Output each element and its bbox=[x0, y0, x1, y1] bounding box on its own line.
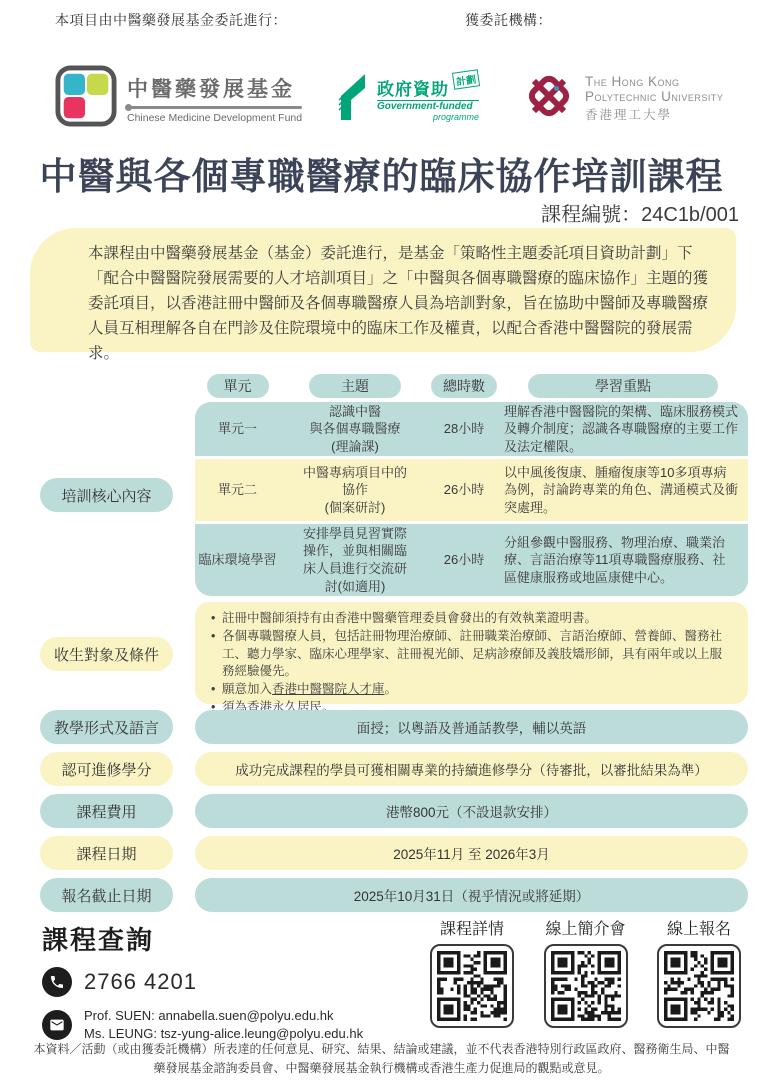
info-row-teaching-mode: 教學形式及語言 面授；以粵語及普通話教學，輔以英語 bbox=[0, 710, 763, 744]
admission-criteria-box: 註冊中醫師須持有由香港中醫藥管理委員會發出的有效執業證明書。 各個專職醫療人員，… bbox=[195, 602, 748, 704]
course-code: 課程編號：24C1b/001 bbox=[541, 198, 739, 227]
info-row-course-dates: 課程日期 2025年11月 至 2026年3月 bbox=[0, 836, 763, 870]
cmdf-logo: 中醫藥發展基金 Chinese Medicine Development Fun… bbox=[55, 65, 325, 132]
talent-pool-link[interactable]: 香港中醫醫院人才庫 bbox=[272, 682, 385, 696]
gov-logo-en-sub: programme bbox=[377, 112, 479, 122]
gov-logo-en: Government-funded bbox=[377, 100, 479, 112]
info-value: 2025年11月 至 2026年3月 bbox=[195, 836, 748, 870]
info-label: 報名截止日期 bbox=[40, 878, 173, 912]
cell-unit: 單元一 bbox=[195, 402, 280, 456]
info-row-course-fee: 課程費用 港幣800元（不設退款安排） bbox=[0, 794, 763, 828]
enquiry-title: 課程查詢 bbox=[42, 920, 422, 957]
qr-online-registration: 線上報名 bbox=[647, 916, 751, 1028]
page-title: 中醫與各個專職醫療的臨床協作培訓課程 bbox=[0, 146, 763, 200]
cell-unit: 臨床環境學習 bbox=[195, 524, 280, 596]
column-header-unit: 單元 bbox=[207, 374, 269, 398]
qr-label: 線上簡介會 bbox=[545, 916, 625, 939]
cell-topic: 中醫專病項目中的 協作 (個案研討) bbox=[280, 459, 430, 521]
cell-hours: 28小時 bbox=[430, 402, 498, 456]
polyu-logo-en2: Polytechnic University bbox=[585, 89, 723, 104]
cell-points: 以中風後復康、腫瘤復康等10多項專病為例，討論跨專業的角色、溝通模式及衝突處理。 bbox=[498, 459, 748, 521]
polyu-knot-icon bbox=[523, 70, 575, 127]
cmdf-logo-en: Chinese Medicine Development Fund bbox=[127, 112, 302, 124]
enquiry-section: 課程查詢 2766 4201 Prof. SUEN: annabella.sue… bbox=[42, 920, 422, 1042]
gov-funded-arrow-icon bbox=[337, 70, 371, 127]
column-header-points: 學習重點 bbox=[528, 374, 718, 398]
column-header-topic: 主題 bbox=[309, 374, 401, 398]
info-label: 課程費用 bbox=[40, 794, 173, 828]
table-row: 單元二 中醫專病項目中的 協作 (個案研討) 26小時 以中風後復康、腫瘤復康等… bbox=[195, 459, 748, 521]
cell-topic: 認識中醫 與各個專職醫療 (理論課) bbox=[280, 402, 430, 456]
cell-topic: 安排學員見習實際 操作，並與相關臨 床人員進行交流研 討(如適用) bbox=[280, 524, 430, 596]
cell-hours: 26小時 bbox=[430, 459, 498, 521]
enquiry-email-1[interactable]: Prof. SUEN: annabella.suen@polyu.edu.hk bbox=[84, 1007, 363, 1025]
section-label-admission: 收生對象及條件 bbox=[40, 637, 173, 671]
info-label: 教學形式及語言 bbox=[40, 710, 173, 744]
bullet-text: 願意加入 bbox=[222, 682, 272, 696]
qr-code-online-briefing bbox=[544, 944, 628, 1028]
info-value: 港幣800元（不設退款安排） bbox=[195, 794, 748, 828]
info-label: 認可進修學分 bbox=[40, 752, 173, 786]
admission-bullet: 願意加入香港中醫醫院人才庫。 bbox=[209, 681, 734, 699]
gov-logo-zh: 政府資助 bbox=[377, 75, 449, 100]
gov-logo-tag: 計劃 bbox=[452, 69, 480, 89]
cell-points: 理解香港中醫醫院的架構、臨床服務模式及轉介制度；認識各專職醫療的主要工作及法定權… bbox=[498, 402, 748, 456]
qr-code-course-details bbox=[430, 944, 514, 1028]
poster-page: 本項目由中醫藥發展基金委託進行： 獲委託機構： 中醫藥發展基金 Chinese … bbox=[0, 0, 763, 1080]
disclaimer-footer: 本資料／活動（或由獲委託機構）所表達的任何意見、研究、結果、結論或建議，並不代表… bbox=[30, 1040, 733, 1077]
course-intro-paragraph: 本課程由中醫藥發展基金（基金）委託進行，是基金「策略性主題委託項目資助計劃」下「… bbox=[30, 228, 736, 352]
qr-course-details: 課程詳情 bbox=[420, 916, 524, 1028]
qr-label: 課程詳情 bbox=[440, 916, 504, 939]
polyu-logo-en1: The Hong Kong bbox=[585, 74, 723, 89]
qr-label: 線上報名 bbox=[667, 916, 731, 939]
cmdf-needle-graphic bbox=[127, 106, 302, 109]
admission-bullet: 各個專職醫療人員，包括註冊物理治療師、註冊職業治療師、言語治療師、營養師、醫務社… bbox=[209, 628, 734, 681]
enquiry-phone-number: 2766 4201 bbox=[84, 969, 197, 995]
commissioned-by-label: 本項目由中醫藥發展基金委託進行： bbox=[55, 10, 287, 30]
qr-code-online-registration bbox=[657, 944, 741, 1028]
curriculum-table: 單元 主題 總時數 學習重點 單元一 認識中醫 與各個專職醫療 (理論課) 28… bbox=[195, 374, 748, 599]
section-label-core-content: 培訓核心內容 bbox=[40, 478, 173, 512]
info-value: 成功完成課程的學員可獲相關專業的持續進修學分（待審批，以審批結果為準） bbox=[195, 752, 748, 786]
info-value: 面授；以粵語及普通話教學，輔以英語 bbox=[195, 710, 748, 744]
info-label: 課程日期 bbox=[40, 836, 173, 870]
info-value: 2025年10月31日（視乎情況或將延期） bbox=[195, 878, 748, 912]
gov-funded-logo: 政府資助 計劃 Government-funded programme bbox=[337, 70, 497, 127]
commissioned-agent-label: 獲委託機構： bbox=[465, 10, 552, 30]
cell-points: 分組參觀中醫服務、物理治療、職業治療、言語治療等11項專職醫療服務、社區健康服務… bbox=[498, 524, 748, 596]
table-header-row: 單元 主題 總時數 學習重點 bbox=[195, 374, 748, 398]
qr-online-briefing: 線上簡介會 bbox=[534, 916, 638, 1028]
qr-section: 課程詳情 線上簡介會 線上報名 bbox=[420, 916, 751, 1028]
email-icon bbox=[42, 1010, 72, 1040]
polyu-logo: The Hong Kong Polytechnic University 香港理… bbox=[523, 70, 723, 127]
cmdf-logo-icon bbox=[55, 65, 117, 132]
cell-unit: 單元二 bbox=[195, 459, 280, 521]
polyu-logo-zh: 香港理工大學 bbox=[585, 105, 723, 123]
phone-icon bbox=[42, 967, 72, 997]
table-row: 臨床環境學習 安排學員見習實際 操作，並與相關臨 床人員進行交流研 討(如適用)… bbox=[195, 524, 748, 596]
column-header-hours: 總時數 bbox=[431, 374, 497, 398]
info-row-cpd-credits: 認可進修學分 成功完成課程的學員可獲相關專業的持續進修學分（待審批，以審批結果為… bbox=[0, 752, 763, 786]
admission-bullet: 註冊中醫師須持有由香港中醫藥管理委員會發出的有效執業證明書。 bbox=[209, 610, 734, 628]
info-row-application-deadline: 報名截止日期 2025年10月31日（視乎情況或將延期） bbox=[0, 878, 763, 912]
table-row: 單元一 認識中醫 與各個專職醫療 (理論課) 28小時 理解香港中醫醫院的架構、… bbox=[195, 402, 748, 456]
cell-hours: 26小時 bbox=[430, 524, 498, 596]
cmdf-logo-zh: 中醫藥發展基金 bbox=[127, 73, 302, 103]
logo-row: 中醫藥發展基金 Chinese Medicine Development Fun… bbox=[55, 58, 748, 138]
bullet-text: 。 bbox=[385, 682, 398, 696]
